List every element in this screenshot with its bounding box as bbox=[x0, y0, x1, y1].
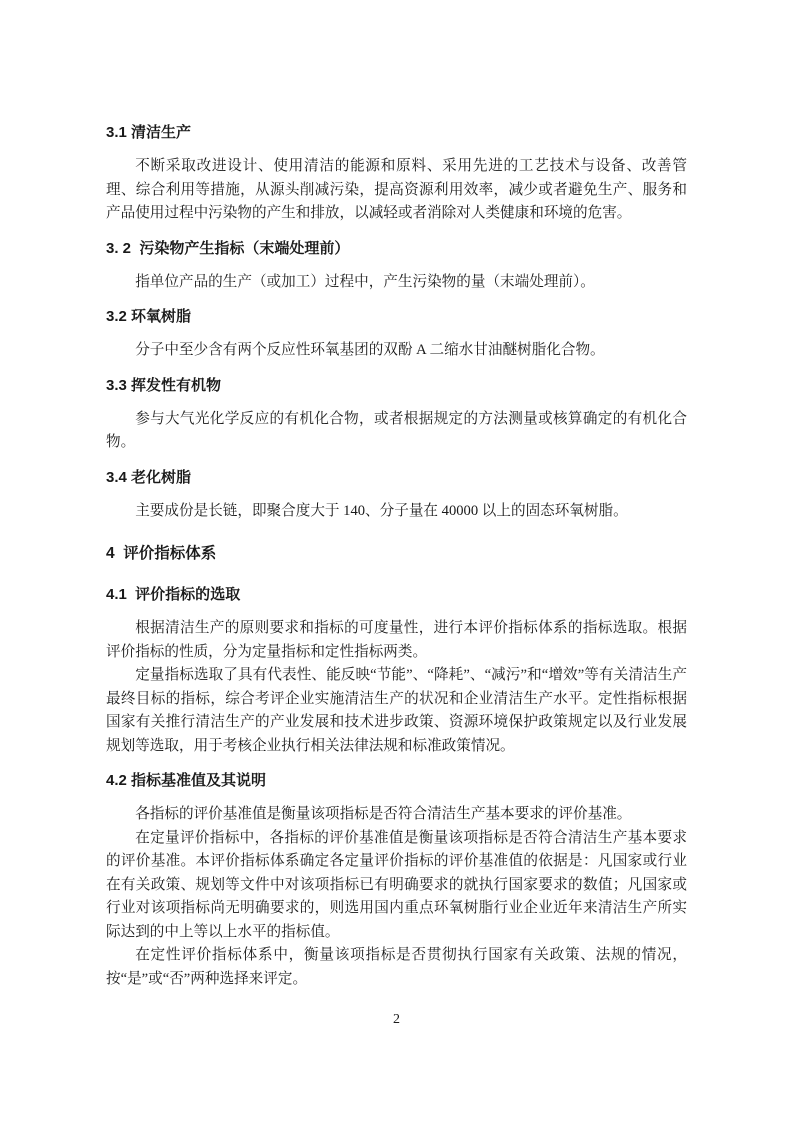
paragraph: 不断采取改进设计、使用清洁的能源和原料、采用先进的工艺技术与设备、改善管理、综合… bbox=[106, 155, 687, 226]
paragraph: 各指标的评价基准值是衡量该项指标是否符合清洁生产基本要求的评价基准。 bbox=[106, 803, 687, 827]
section-heading: 4 评价指标体系 bbox=[106, 544, 687, 564]
page-number: 2 bbox=[0, 1012, 793, 1028]
section-heading: 3. 2 污染物产生指标（末端处理前） bbox=[106, 239, 687, 259]
section-heading: 3.1 清洁生产 bbox=[106, 123, 687, 143]
paragraph: 根据清洁生产的原则要求和指标的可度量性，进行本评价指标体系的指标选取。根据评价指… bbox=[106, 617, 687, 664]
paragraph: 分子中至少含有两个反应性环氧基团的双酚 A 二缩水甘油醚树脂化合物。 bbox=[106, 339, 687, 363]
paragraph: 指单位产品的生产（或加工）过程中，产生污染物的量（末端处理前）。 bbox=[106, 271, 687, 295]
document-page: 3.1 清洁生产不断采取改进设计、使用清洁的能源和原料、采用先进的工艺技术与设备… bbox=[0, 0, 793, 1122]
section-heading: 3.2 环氧树脂 bbox=[106, 307, 687, 327]
paragraph: 在定量评价指标中，各指标的评价基准值是衡量该项指标是否符合清洁生产基本要求的评价… bbox=[106, 827, 687, 945]
section-heading: 4.1 评价指标的选取 bbox=[106, 585, 687, 605]
paragraph: 定量指标选取了具有代表性、能反映“节能”、“降耗”、“减污”和“增效”等有关清洁… bbox=[106, 664, 687, 758]
paragraph: 参与大气光化学反应的有机化合物，或者根据规定的方法测量或核算确定的有机化合物。 bbox=[106, 408, 687, 455]
paragraph: 主要成份是长链，即聚合度大于 140、分子量在 40000 以上的固态环氧树脂。 bbox=[106, 500, 687, 524]
section-heading: 3.3 挥发性有机物 bbox=[106, 376, 687, 396]
paragraph: 在定性评价指标体系中，衡量该项指标是否贯彻执行国家有关政策、法规的情况，按“是”… bbox=[106, 944, 687, 991]
section-heading: 4.2 指标基准值及其说明 bbox=[106, 771, 687, 791]
section-heading: 3.4 老化树脂 bbox=[106, 468, 687, 488]
document-content: 3.1 清洁生产不断采取改进设计、使用清洁的能源和原料、采用先进的工艺技术与设备… bbox=[106, 123, 687, 991]
